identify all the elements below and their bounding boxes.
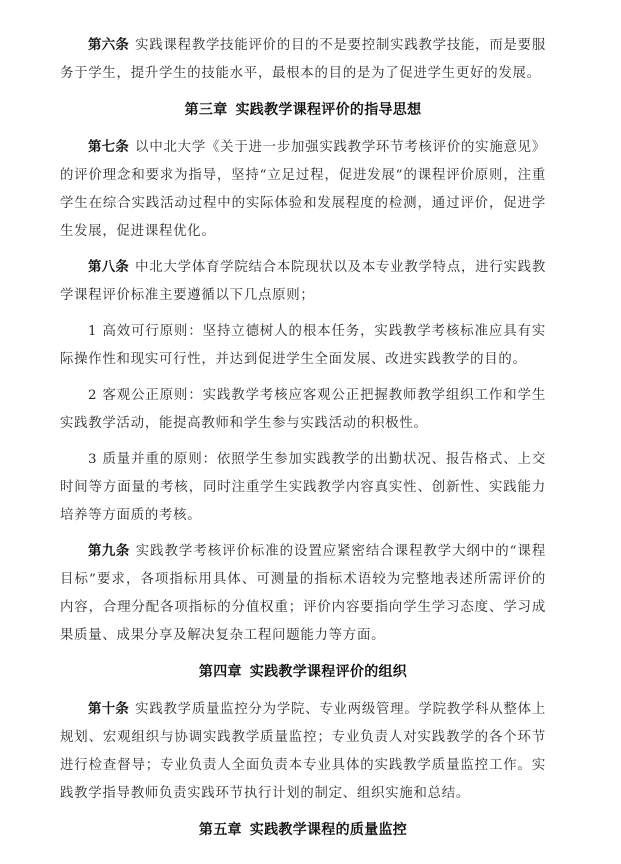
chapter-title: 实践教学课程评价的组织 [250,664,407,680]
chapter-3-heading: 第三章实践教学课程评价的指导思想 [60,96,546,124]
article-text: 中北大学体育学院结合本院现状以及本专业教学特点，进行实践教学课程评价标准主要遵循… [60,260,546,303]
chapter-number: 第四章 [199,664,242,680]
article-label: 第九条 [88,544,130,559]
chapter-5-heading: 第五章实践教学课程的质量监控 [60,816,546,844]
article-6: 第六条实践课程教学技能评价的目的不是要控制实践教学技能，而是要服务于学生，提升学… [60,32,546,88]
article-text: 实践教学考核评价标准的设置应紧密结合课程教学大纲中的“课程目标”要求，各项指标用… [60,544,546,643]
article-label: 第十条 [88,702,129,717]
article-label: 第六条 [88,38,129,53]
principle-item-2: 2 客观公正原则：实践教学考核应客观公正把握教师教学组织工作和学生实践教学活动，… [60,382,546,438]
chapter-4-heading: 第四章实践教学课程评价的组织 [60,658,546,686]
article-text: 以中北大学《关于进一步加强实践教学环节考核评价的实施意见》的评价理念和要求为指导… [60,140,546,239]
chapter-title: 实践教学课程评价的指导思想 [236,102,422,118]
article-8: 第八条中北大学体育学院结合本院现状以及本专业教学特点，进行实践教学课程评价标准主… [60,254,546,310]
principle-item-3: 3 质量并重的原则：依照学生参加实践教学的出勤状况、报告格式、上交时间等方面量的… [60,446,546,530]
document-page: 第六条实践课程教学技能评价的目的不是要控制实践教学技能，而是要服务于学生，提升学… [60,32,546,854]
principle-item-1: 1 高效可行原则：坚持立德树人的根本任务，实践教学考核标准应具有实际操作性和现实… [60,318,546,374]
chapter-number: 第五章 [199,822,242,838]
article-label: 第七条 [88,140,129,155]
article-7: 第七条以中北大学《关于进一步加强实践教学环节考核评价的实施意见》的评价理念和要求… [60,134,546,246]
article-text: 实践课程教学技能评价的目的不是要控制实践教学技能，而是要服务于学生，提升学生的技… [60,38,546,81]
article-10: 第十条实践教学质量监控分为学院、专业两级管理。学院教学科从整体上规划、宏观组织与… [60,696,546,808]
article-9: 第九条实践教学考核评价标准的设置应紧密结合课程教学大纲中的“课程目标”要求，各项… [60,538,546,650]
article-label: 第八条 [88,260,129,275]
article-text: 实践教学质量监控分为学院、专业两级管理。学院教学科从整体上规划、宏观组织与协调实… [60,702,546,801]
chapter-title: 实践教学课程的质量监控 [250,822,407,838]
chapter-number: 第三章 [185,102,228,118]
